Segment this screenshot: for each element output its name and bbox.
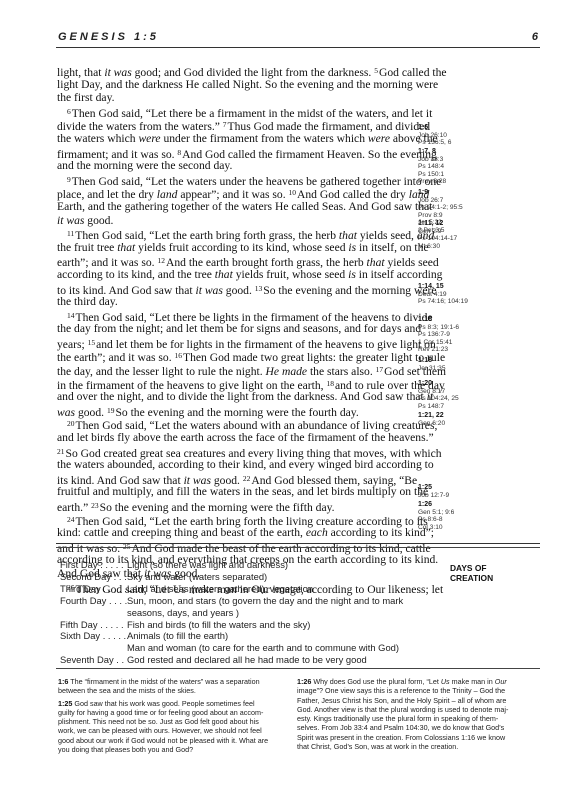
cross-reference-group: 1:7, 8Job 38:3Ps 148:4Ps 150:1Prov 8:28	[418, 148, 446, 186]
scripture-line: light, that it was good; and God divided…	[57, 64, 415, 78]
chart-title-line-2: CREATION	[450, 574, 530, 584]
scripture-line: the waters which were under the firmamen…	[57, 132, 415, 146]
cross-reference-link[interactable]: Job 26:10	[418, 132, 451, 140]
cross-reference-group: 1:21, 22Gen 6:20	[418, 412, 445, 427]
scripture-line: 14Then God said, “Let there be lights in…	[57, 309, 415, 323]
chart-row: Second Day . . . .Sky and water (waters …	[60, 571, 420, 583]
cross-reference-key: 1:21, 22	[418, 412, 445, 420]
cross-reference-key: 1:9	[418, 189, 463, 197]
cross-reference-link[interactable]: Gen 6:20	[418, 420, 445, 428]
scripture-line: earth”; and it was so. 12And the earth b…	[57, 254, 415, 268]
cross-reference-key: 1:6	[418, 124, 451, 132]
chart-day-label: Sixth Day . . . . . .	[60, 630, 127, 642]
cross-reference-link[interactable]: Rev 21:23	[418, 346, 459, 354]
chart-row: seasons, days, and years )	[60, 607, 420, 619]
scripture-line: 6Then God said, “Let there be a firmamen…	[57, 105, 415, 119]
scripture-line: in the firmament of the heavens to give …	[57, 377, 415, 391]
cross-reference-link[interactable]: Prov 8:9	[418, 212, 463, 220]
chart-day-label: Fifth Day . . . . . . .	[60, 619, 127, 631]
scripture-line: divide the waters from the waters.” 7Thu…	[57, 118, 415, 132]
cross-reference-link[interactable]: Ps 8:6-8	[418, 516, 454, 524]
cross-reference-link[interactable]: Ps 24:1-2; 95:5	[418, 204, 463, 212]
cross-reference-key: 1:11, 12	[418, 220, 457, 228]
chart-day-label: Third Day . . . . . .	[60, 583, 127, 595]
scripture-line: years; 15and let them be for lights in t…	[57, 336, 415, 350]
cross-reference-group: 1:14, 15Deut 4:19Ps 74:16; 104:19	[418, 283, 468, 306]
chart-row: Seventh Day . . . .God rested and declar…	[60, 654, 420, 666]
cross-reference-group: 1:26Gen 5:1; 9:6Ps 8:6-8Col 3:10	[418, 501, 454, 531]
days-of-creation-chart: First Day . . . . . . .Light (so there w…	[60, 559, 420, 666]
scripture-line: light Day, and the darkness He called Ni…	[57, 78, 415, 92]
study-note: 1:6 The “firmament in the midst of the w…	[58, 677, 280, 696]
chart-day-label	[60, 607, 127, 619]
study-note-line: plishment. This need not be so. Just as …	[58, 717, 280, 726]
chart-day-description: Sky and water (waters separated)	[127, 571, 420, 583]
chart-day-description: God rested and declared all he had made …	[127, 654, 420, 666]
chart-day-label: First Day . . . . . . .	[60, 559, 127, 571]
chart-day-description: Fish and birds (to fill the waters and t…	[127, 619, 420, 631]
cross-reference-group: 1:16Ps 8:3; 19:1-6Ps 136:7-91 Cor 15:41R…	[418, 316, 459, 354]
study-note-key: 1:26	[297, 677, 311, 686]
study-note-line: God. Another view is that the plural wor…	[297, 705, 537, 714]
study-note-line: 1:25 God saw that his work was good. Peo…	[58, 699, 280, 708]
cross-reference-key: 1:26	[418, 501, 454, 509]
scripture-line: firmament; and it was so. 8And God calle…	[57, 146, 415, 160]
scripture-line: to its kind. And God saw that it was goo…	[57, 282, 415, 296]
study-note-line: 1:26 Why does God use the plural form, “…	[297, 677, 537, 686]
cross-reference-group: 1:11, 12Gen 2:9Ps 104:14-17Mt 6:30	[418, 220, 457, 250]
cross-reference-key: 1:20	[418, 380, 459, 388]
cross-reference-link[interactable]: Job 38:3	[418, 156, 446, 164]
cross-reference-link[interactable]: Prov 8:28	[418, 178, 446, 186]
chart-day-label	[60, 642, 127, 654]
cross-reference-link[interactable]: Jer 31:35	[418, 365, 446, 373]
study-note-line: guilty for having a good time or for fee…	[58, 708, 280, 717]
scripture-line: the day from the night; and let them be …	[57, 322, 415, 336]
cross-reference-link[interactable]: Gen 8:17	[418, 388, 459, 396]
study-note: 1:26 Why does God use the plural form, “…	[297, 677, 537, 751]
study-note-line: work, we can be pleased with ours. Howev…	[58, 726, 280, 735]
notes-top-rule	[56, 668, 540, 669]
scripture-line: the first day.	[57, 91, 415, 105]
cross-reference-key: 1:18	[418, 357, 446, 365]
chart-day-label: Seventh Day . . . .	[60, 654, 127, 666]
cross-reference-link[interactable]: Deut 4:19	[418, 291, 468, 299]
study-note-line: between the sea and the mists of the ski…	[58, 686, 280, 695]
cross-reference-key: 1:14, 15	[418, 283, 468, 291]
chart-top-rule	[56, 543, 540, 548]
scripture-line: was good. 19So the evening and the morni…	[57, 404, 415, 418]
chart-day-description: Sun, moon, and stars (to govern the day …	[127, 595, 420, 607]
cross-reference-link[interactable]: Ps 150:1	[418, 171, 446, 179]
study-note-line: you doing that pleases both you and God?	[58, 745, 280, 754]
study-note-line: Spirit was present in the creation. From…	[297, 733, 537, 742]
scripture-line: 21So God created great sea creatures and…	[57, 445, 415, 459]
chart-title: DAYS OF CREATION	[450, 564, 530, 583]
scripture-line: the third day.	[57, 295, 415, 309]
study-notes-right-column: 1:26 Why does God use the plural form, “…	[297, 677, 537, 754]
cross-reference-group: 1:18Jer 31:35	[418, 357, 446, 372]
study-note-line: image”? One view says this is a referenc…	[297, 686, 537, 695]
scripture-line: and over the night, and to divide the li…	[57, 390, 415, 404]
chart-row: Fourth Day . . . . .Sun, moon, and stars…	[60, 595, 420, 607]
cross-reference-link[interactable]: Col 3:10	[418, 524, 454, 532]
scripture-line: the waters abounded, according to their …	[57, 458, 415, 472]
chart-day-description: Animals (to fill the earth)	[127, 630, 420, 642]
scripture-line: it was good.	[57, 214, 415, 228]
chart-day-description: Man and woman (to care for the earth and…	[127, 642, 420, 654]
chart-row: Fifth Day . . . . . . .Fish and birds (t…	[60, 619, 420, 631]
bible-page: GENESIS 1:5 6 light, that it was good; a…	[0, 0, 565, 800]
cross-reference-link[interactable]: Ps 104:24, 25	[418, 395, 459, 403]
study-note-key: 1:25	[58, 699, 72, 708]
cross-reference-link[interactable]: Ps 148:4	[418, 163, 446, 171]
chart-row: Sixth Day . . . . . .Animals (to fill th…	[60, 630, 420, 642]
scripture-line: place, and let the dry land appear”; and…	[57, 186, 415, 200]
scripture-line: 9Then God said, “Let the waters under th…	[57, 173, 415, 187]
cross-reference-link[interactable]: Ps 8:3; 19:1-6	[418, 324, 459, 332]
running-head: GENESIS 1:5 6	[58, 31, 538, 47]
cross-reference-group: 1:20Gen 8:17Ps 104:24, 25Ps 148:7	[418, 380, 459, 410]
scripture-line: earth.” 23So the evening and the morning…	[57, 499, 415, 513]
cross-reference-link[interactable]: Job 12:7-9	[418, 492, 449, 500]
cross-reference-key: 1:7, 8	[418, 148, 446, 156]
chart-day-label: Second Day . . . .	[60, 571, 127, 583]
page-number: 6	[532, 31, 538, 43]
running-head-title: GENESIS 1:5	[58, 31, 159, 43]
study-note-key: 1:6	[58, 677, 68, 686]
cross-reference-link[interactable]: Ps 136:5, 6	[418, 139, 451, 147]
study-note-line: that Christ, God’s Son, was at work in t…	[297, 742, 537, 751]
cross-reference-link[interactable]: Ps 104:14-17	[418, 235, 457, 243]
scripture-line: kind: cattle and creeping thing and beas…	[57, 526, 415, 540]
chart-day-description: seasons, days, and years )	[127, 607, 420, 619]
cross-reference-group: 1:25Job 12:7-9	[418, 484, 449, 499]
cross-reference-link[interactable]: Mt 6:30	[418, 243, 457, 251]
cross-reference-key: 1:16	[418, 316, 459, 324]
study-note-line: selves. From Job 33:4 and Psalm 104:30, …	[297, 723, 537, 732]
chart-row: First Day . . . . . . .Light (so there w…	[60, 559, 420, 571]
study-notes-left-column: 1:6 The “firmament in the midst of the w…	[58, 677, 280, 757]
chart-day-description: Light (so there was light and darkness)	[127, 559, 420, 571]
scripture-line: 20Then God said, “Let the waters abound …	[57, 417, 415, 431]
study-note-line: good about our work if God would not be …	[58, 736, 280, 745]
scripture-line: the day, and the lesser light to rule th…	[57, 363, 415, 377]
cross-reference-link[interactable]: Gen 5:1; 9:6	[418, 509, 454, 517]
chart-day-label: Fourth Day . . . . .	[60, 595, 127, 607]
scripture-line: the earth”; and it was so. 16Then God ma…	[57, 349, 415, 363]
cross-reference-link[interactable]: Ps 148:7	[418, 403, 459, 411]
scripture-line: Earth, and the gathering together of the…	[57, 200, 415, 214]
cross-reference-link[interactable]: Ps 136:7-9	[418, 331, 459, 339]
cross-reference-link[interactable]: Ps 74:16; 104:19	[418, 298, 468, 306]
scripture-line: its kind. And God saw that it was good. …	[57, 472, 415, 486]
scripture-line: 11Then God said, “Let the earth bring fo…	[57, 227, 415, 241]
header-rule	[56, 47, 540, 48]
scripture-line: and let birds fly above the earth across…	[57, 431, 415, 445]
cross-reference-key: 1:25	[418, 484, 449, 492]
study-note-line: Father, Jesus Christ his Son, and the Ho…	[297, 696, 537, 705]
cross-reference-link[interactable]: Job 26:7	[418, 197, 463, 205]
chart-row: Man and woman (to care for the earth and…	[60, 642, 420, 654]
scripture-line: according to its kind, and the tree that…	[57, 268, 415, 282]
scripture-line: fruitful and multiply, and fill the wate…	[57, 485, 415, 499]
cross-reference-link[interactable]: 1 Cor 15:41	[418, 339, 459, 347]
cross-reference-group: 1:6Job 26:10Ps 136:5, 6	[418, 124, 451, 147]
study-note-line: esty. Kings traditionally use the plural…	[297, 714, 537, 723]
scripture-line: the fruit tree that yields fruit accordi…	[57, 241, 415, 255]
scripture-line: and the morning were the second day.	[57, 159, 415, 173]
scripture-line: 24Then God said, “Let the earth bring fo…	[57, 513, 415, 527]
chart-row: Third Day . . . . . .Land and seas (wate…	[60, 583, 420, 595]
study-note-line: 1:6 The “firmament in the midst of the w…	[58, 677, 280, 686]
scripture-text: light, that it was good; and God divided…	[57, 64, 415, 594]
chart-day-description: Land and seas (waters gathered); vegetat…	[127, 583, 420, 595]
study-note: 1:25 God saw that his work was good. Peo…	[58, 699, 280, 755]
cross-reference-link[interactable]: Gen 2:9	[418, 228, 457, 236]
